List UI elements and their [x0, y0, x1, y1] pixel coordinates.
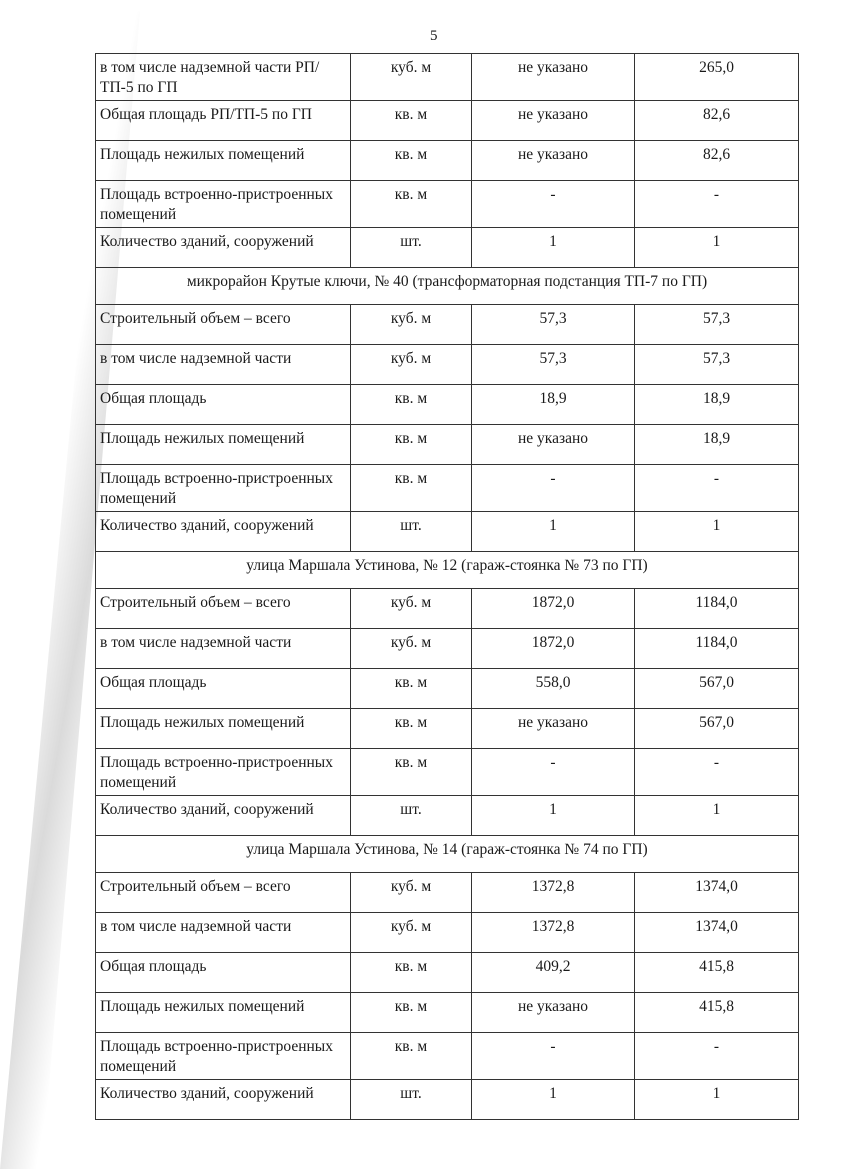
actual-value-cell: 57,3 [635, 305, 799, 345]
actual-value-cell: 415,8 [635, 993, 799, 1033]
project-value-cell: - [472, 465, 635, 512]
unit-cell: куб. м [351, 54, 472, 101]
project-value-cell: 1372,8 [472, 873, 635, 913]
actual-value-cell: - [635, 749, 799, 796]
project-value-cell: не указано [472, 141, 635, 181]
actual-value-cell: 567,0 [635, 669, 799, 709]
section-heading: улица Маршала Устинова, № 12 (гараж-стоя… [96, 552, 799, 589]
page-number: 5 [430, 28, 438, 45]
indicator-name-cell: в том числе надземной части [96, 345, 351, 385]
section-heading-row: улица Маршала Устинова, № 14 (гараж-стоя… [96, 836, 799, 873]
section-heading-row: улица Маршала Устинова, № 12 (гараж-стоя… [96, 552, 799, 589]
project-value-cell: - [472, 749, 635, 796]
project-value-cell: 18,9 [472, 385, 635, 425]
indicator-name-cell: в том числе надземной части РП/ТП-5 по Г… [96, 54, 351, 101]
table-row: Площадь нежилых помещенийкв. мне указано… [96, 141, 799, 181]
unit-cell: шт. [351, 796, 472, 836]
indicator-name-cell: Площадь встроенно-пристроенных помещений [96, 749, 351, 796]
unit-cell: куб. м [351, 305, 472, 345]
indicator-name-cell: Общая площадь [96, 953, 351, 993]
indicator-name-cell: Строительный объем – всего [96, 305, 351, 345]
indicator-name-cell: Общая площадь [96, 385, 351, 425]
unit-cell: кв. м [351, 141, 472, 181]
table-row: Общая площадь РП/ТП-5 по ГПкв. мне указа… [96, 101, 799, 141]
project-value-cell: 1872,0 [472, 589, 635, 629]
indicator-name-cell: Общая площадь РП/ТП-5 по ГП [96, 101, 351, 141]
indicator-name-cell: Строительный объем – всего [96, 589, 351, 629]
project-value-cell: 1 [472, 512, 635, 552]
actual-value-cell: 82,6 [635, 141, 799, 181]
project-value-cell: не указано [472, 425, 635, 465]
indicator-name-cell: Количество зданий, сооружений [96, 512, 351, 552]
actual-value-cell: - [635, 465, 799, 512]
section-heading: микрорайон Крутые ключи, № 40 (трансформ… [96, 268, 799, 305]
indicator-name-cell: в том числе надземной части [96, 913, 351, 953]
table-row: Площадь нежилых помещенийкв. мне указано… [96, 425, 799, 465]
actual-value-cell: 82,6 [635, 101, 799, 141]
table-row: Площадь встроенно-пристроенных помещений… [96, 465, 799, 512]
table-row: Общая площадькв. м18,918,9 [96, 385, 799, 425]
unit-cell: кв. м [351, 465, 472, 512]
project-value-cell: - [472, 181, 635, 228]
unit-cell: кв. м [351, 425, 472, 465]
indicator-name-cell: Количество зданий, сооружений [96, 228, 351, 268]
unit-cell: куб. м [351, 873, 472, 913]
table-row: Площадь встроенно-пристроенных помещений… [96, 1033, 799, 1080]
unit-cell: куб. м [351, 629, 472, 669]
unit-cell: кв. м [351, 993, 472, 1033]
table-row: Количество зданий, сооруженийшт.11 [96, 1080, 799, 1120]
actual-value-cell: 1374,0 [635, 873, 799, 913]
table-row: в том числе надземной части РП/ТП-5 по Г… [96, 54, 799, 101]
table-row: Количество зданий, сооруженийшт.11 [96, 228, 799, 268]
table-row: Количество зданий, сооруженийшт.11 [96, 796, 799, 836]
project-value-cell: не указано [472, 709, 635, 749]
actual-value-cell: 415,8 [635, 953, 799, 993]
indicator-name-cell: Количество зданий, сооружений [96, 1080, 351, 1120]
project-value-cell: не указано [472, 993, 635, 1033]
project-value-cell: 558,0 [472, 669, 635, 709]
table-row: Общая площадькв. м558,0567,0 [96, 669, 799, 709]
table-row: в том числе надземной частикуб. м1372,81… [96, 913, 799, 953]
project-value-cell: не указано [472, 54, 635, 101]
indicator-name-cell: Площадь нежилых помещений [96, 425, 351, 465]
table-row: Площадь нежилых помещенийкв. мне указано… [96, 709, 799, 749]
unit-cell: куб. м [351, 589, 472, 629]
indicator-name-cell: в том числе надземной части [96, 629, 351, 669]
unit-cell: кв. м [351, 669, 472, 709]
table-row: Строительный объем – всегокуб. м57,357,3 [96, 305, 799, 345]
project-value-cell: не указано [472, 101, 635, 141]
unit-cell: кв. м [351, 385, 472, 425]
technical-indicators-table: в том числе надземной части РП/ТП-5 по Г… [95, 53, 799, 1120]
table-row: Площадь встроенно-пристроенных помещений… [96, 181, 799, 228]
actual-value-cell: 567,0 [635, 709, 799, 749]
unit-cell: кв. м [351, 749, 472, 796]
indicator-name-cell: Площадь нежилых помещений [96, 141, 351, 181]
actual-value-cell: 1 [635, 1080, 799, 1120]
unit-cell: шт. [351, 512, 472, 552]
unit-cell: кв. м [351, 181, 472, 228]
actual-value-cell: 1184,0 [635, 589, 799, 629]
table-row: Количество зданий, сооруженийшт.11 [96, 512, 799, 552]
project-value-cell: 57,3 [472, 345, 635, 385]
project-value-cell: 57,3 [472, 305, 635, 345]
unit-cell: шт. [351, 228, 472, 268]
table-row: Общая площадькв. м409,2415,8 [96, 953, 799, 993]
project-value-cell: 1872,0 [472, 629, 635, 669]
table-row: Строительный объем – всегокуб. м1872,011… [96, 589, 799, 629]
indicator-name-cell: Общая площадь [96, 669, 351, 709]
indicator-name-cell: Площадь встроенно-пристроенных помещений [96, 181, 351, 228]
actual-value-cell: 18,9 [635, 425, 799, 465]
indicator-name-cell: Строительный объем – всего [96, 873, 351, 913]
actual-value-cell: 1184,0 [635, 629, 799, 669]
unit-cell: кв. м [351, 1033, 472, 1080]
indicator-name-cell: Площадь нежилых помещений [96, 709, 351, 749]
indicator-name-cell: Площадь встроенно-пристроенных помещений [96, 465, 351, 512]
project-value-cell: 1 [472, 1080, 635, 1120]
unit-cell: кв. м [351, 101, 472, 141]
actual-value-cell: 57,3 [635, 345, 799, 385]
actual-value-cell: 1374,0 [635, 913, 799, 953]
indicator-name-cell: Количество зданий, сооружений [96, 796, 351, 836]
table-row: Площадь встроенно-пристроенных помещений… [96, 749, 799, 796]
actual-value-cell: 265,0 [635, 54, 799, 101]
unit-cell: шт. [351, 1080, 472, 1120]
actual-value-cell: 1 [635, 796, 799, 836]
project-value-cell: - [472, 1033, 635, 1080]
actual-value-cell: - [635, 181, 799, 228]
table-row: Строительный объем – всегокуб. м1372,813… [96, 873, 799, 913]
actual-value-cell: 1 [635, 512, 799, 552]
unit-cell: куб. м [351, 913, 472, 953]
table-row: Площадь нежилых помещенийкв. мне указано… [96, 993, 799, 1033]
indicator-name-cell: Площадь встроенно-пристроенных помещений [96, 1033, 351, 1080]
project-value-cell: 409,2 [472, 953, 635, 993]
section-heading-row: микрорайон Крутые ключи, № 40 (трансформ… [96, 268, 799, 305]
actual-value-cell: 18,9 [635, 385, 799, 425]
table-row: в том числе надземной частикуб. м1872,01… [96, 629, 799, 669]
actual-value-cell: - [635, 1033, 799, 1080]
project-value-cell: 1 [472, 796, 635, 836]
section-heading: улица Маршала Устинова, № 14 (гараж-стоя… [96, 836, 799, 873]
unit-cell: куб. м [351, 345, 472, 385]
unit-cell: кв. м [351, 953, 472, 993]
table-row: в том числе надземной частикуб. м57,357,… [96, 345, 799, 385]
indicator-name-cell: Площадь нежилых помещений [96, 993, 351, 1033]
project-value-cell: 1 [472, 228, 635, 268]
project-value-cell: 1372,8 [472, 913, 635, 953]
actual-value-cell: 1 [635, 228, 799, 268]
unit-cell: кв. м [351, 709, 472, 749]
